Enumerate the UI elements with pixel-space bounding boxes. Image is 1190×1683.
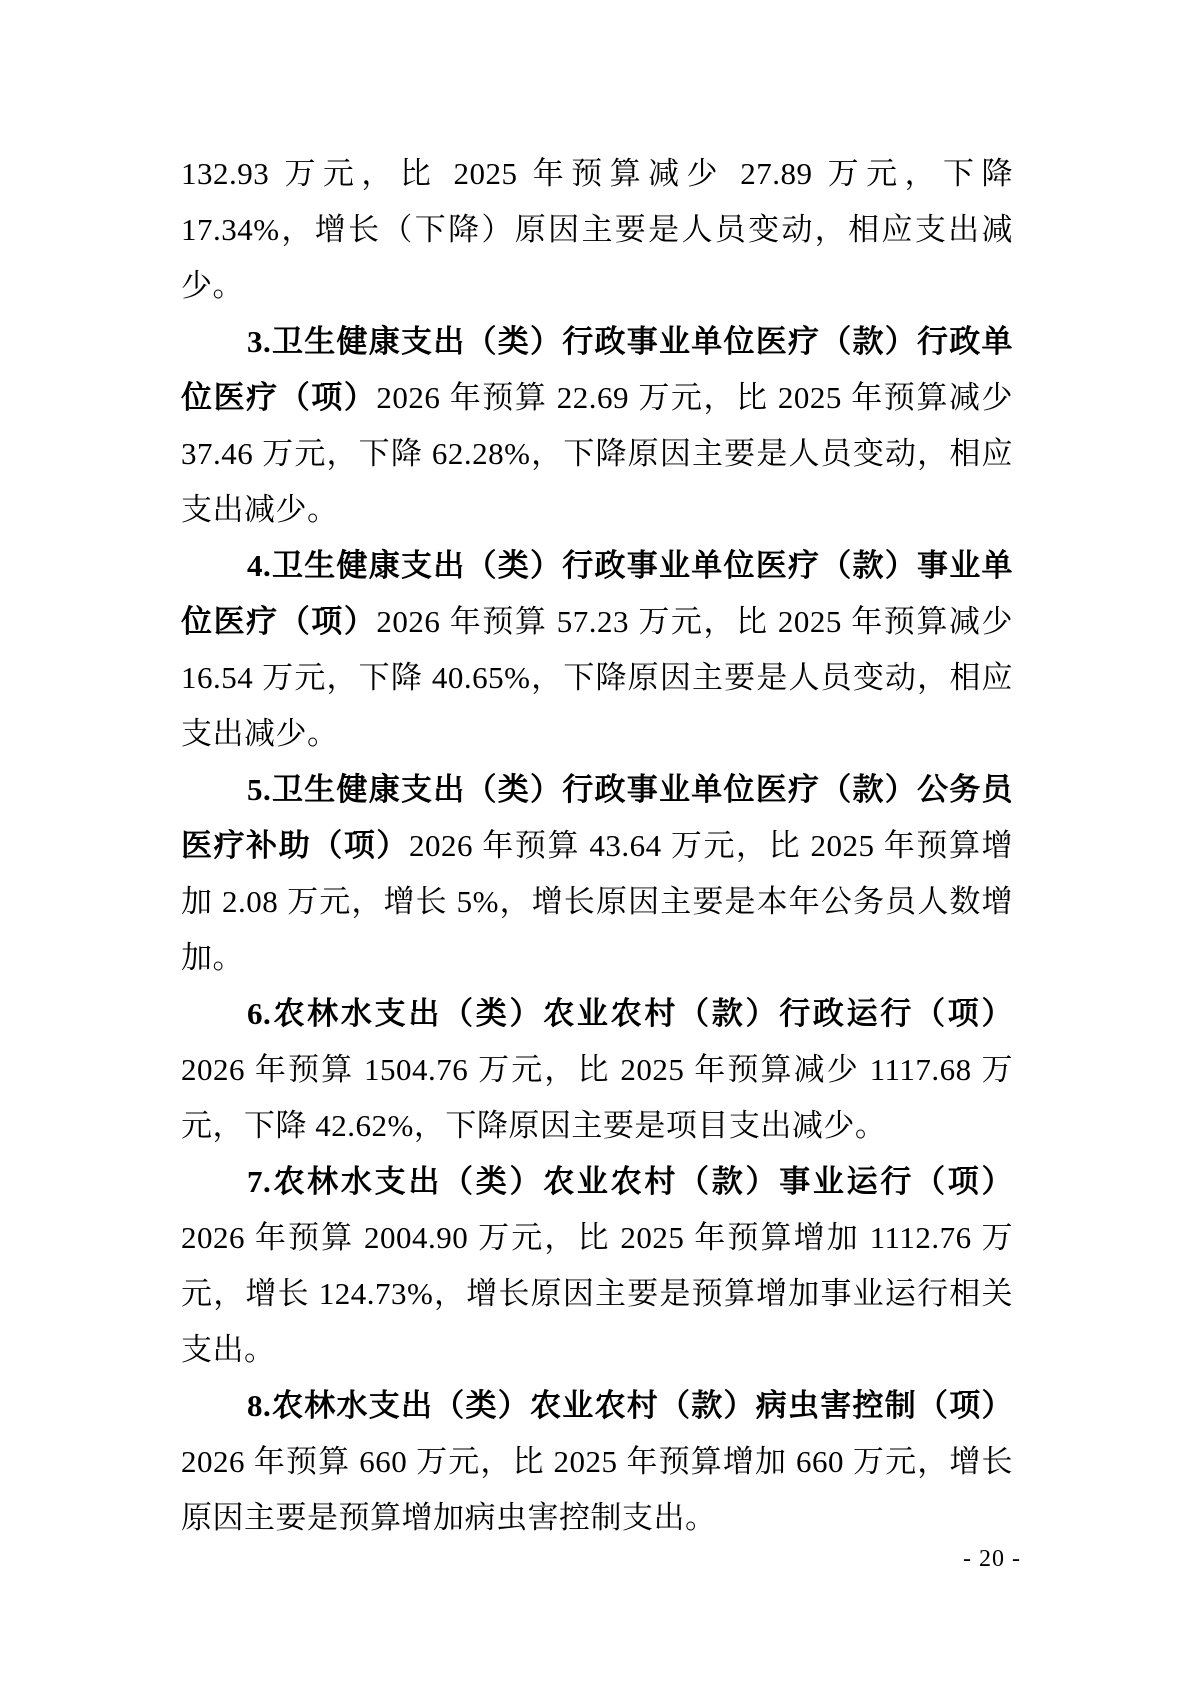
paragraph-body: 2026 年预算 1504.76 万元，比 2025 年预算减少 1117.68… [181, 1052, 1013, 1143]
paragraph-body: 2026 年预算 2004.90 万元，比 2025 年预算增加 1112.76… [181, 1220, 1013, 1367]
paragraph: 8.农林水支出（类）农业农村（款）病虫害控制（项）2026 年预算 660 万元… [181, 1378, 1013, 1546]
paragraph-heading: 6.农林水支出（类）农业农村（款）行政运行（项） [247, 996, 1013, 1031]
paragraph: 132.93 万元，比 2025 年预算减少 27.89 万元，下降 17.34… [181, 146, 1013, 314]
paragraph-heading: 7.农林水支出（类）农业农村（款）事业运行（项） [247, 1164, 1013, 1199]
paragraph: 3.卫生健康支出（类）行政事业单位医疗（款）行政单位医疗（项）2026 年预算 … [181, 314, 1013, 538]
document-body: 132.93 万元，比 2025 年预算减少 27.89 万元，下降 17.34… [181, 146, 1013, 1546]
page-number: - 20 - [963, 1545, 1021, 1573]
paragraph: 7.农林水支出（类）农业农村（款）事业运行（项）2026 年预算 2004.90… [181, 1154, 1013, 1378]
document-page: 132.93 万元，比 2025 年预算减少 27.89 万元，下降 17.34… [0, 0, 1190, 1683]
paragraph: 5.卫生健康支出（类）行政事业单位医疗（款）公务员医疗补助（项）2026 年预算… [181, 762, 1013, 986]
paragraph-body: 2026 年预算 660 万元，比 2025 年预算增加 660 万元，增长原因… [181, 1444, 1013, 1535]
paragraph: 6.农林水支出（类）农业农村（款）行政运行（项）2026 年预算 1504.76… [181, 986, 1013, 1154]
paragraph-heading: 8.农林水支出（类）农业农村（款）病虫害控制（项） [247, 1388, 1013, 1423]
paragraph-body: 132.93 万元，比 2025 年预算减少 27.89 万元，下降 17.34… [181, 156, 1013, 303]
paragraph: 4.卫生健康支出（类）行政事业单位医疗（款）事业单位医疗（项）2026 年预算 … [181, 538, 1013, 762]
